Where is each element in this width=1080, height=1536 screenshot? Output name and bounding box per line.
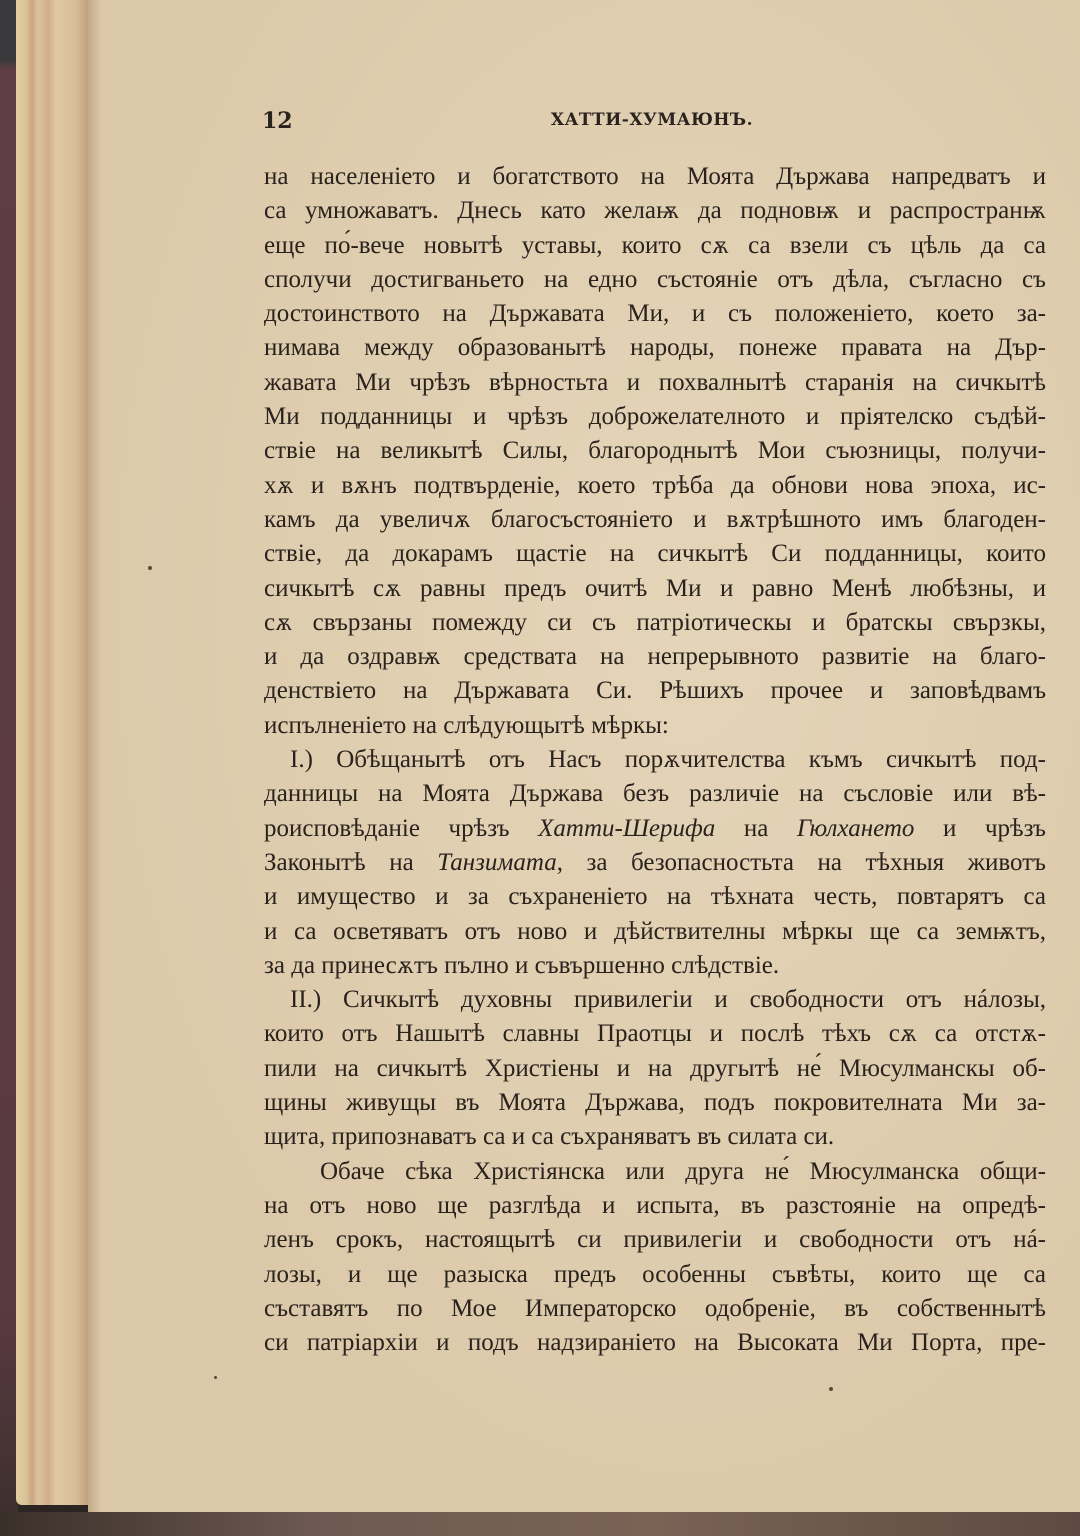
section-II-start: II.) Сичкытѣ духовны привилегіи и свобод… xyxy=(264,983,1046,1017)
text-line: пили на сичкытѣ Христіены и на другытѣ н… xyxy=(264,1052,1046,1086)
text-line: съставятъ по Мое Императорско одобреніе,… xyxy=(264,1292,1046,1326)
paper-spot xyxy=(214,1376,217,1379)
body-text: на населеніето и богатството на Моята Дъ… xyxy=(264,160,1046,1360)
text-line: сполучи достигваньето на едно състояніе … xyxy=(264,263,1046,297)
text-segment: и чрѣзъ xyxy=(914,815,1046,842)
text-line: за да принесѫтъ пълно и съвършенно слѣдс… xyxy=(264,949,1046,983)
italic-term-gulhane: Гюлхането xyxy=(797,815,915,842)
text-line: щины живущы въ Моята Държава, подъ покро… xyxy=(264,1086,1046,1120)
text-line: които отъ Нашытѣ славны Праотцы и послѣ … xyxy=(264,1017,1046,1051)
text-line: сѫ свързаны помежду си съ патріотическы … xyxy=(264,606,1046,640)
text-line: на отъ ново ще разглѣда и испыта, въ раз… xyxy=(264,1189,1046,1223)
text-segment: на xyxy=(715,815,797,842)
running-title: ХАТТИ-ХУМАЮНЪ. xyxy=(262,110,1042,130)
paragraph-start: Обаче сѣка Христіянска или друга не́ Мюс… xyxy=(264,1155,1046,1189)
text-line: данницы на Моята Държава безъ различіе н… xyxy=(264,777,1046,811)
text-line: си патріархіи и подъ надзираніето на Выс… xyxy=(264,1326,1046,1360)
text-line: ствіе на великытѣ Силы, благороднытѣ Мои… xyxy=(264,434,1046,468)
text-segment: роисповѣданіе чрѣзъ xyxy=(264,815,538,842)
text-line: и да оздравѭ средствата на непрерывното … xyxy=(264,640,1046,674)
paper-spot xyxy=(829,1387,833,1391)
section-I-start: I.) Обѣщанытѣ отъ Насъ порѫчителства към… xyxy=(264,743,1046,777)
text-line: денствіето на Държавата Си. Рѣшихъ проче… xyxy=(264,674,1046,708)
text-line-with-italics: роисповѣданіе чрѣзъ Хатти-Шерифа на Гюлх… xyxy=(264,812,1046,846)
text-line: испълненіето на слѣдующытѣ мѣркы: xyxy=(264,709,1046,743)
text-line: и имущество и за съхраненіето на тѣхната… xyxy=(264,880,1046,914)
text-line: сичкытѣ сѫ равны предъ очитѣ Ми и равно … xyxy=(264,572,1046,606)
text-line: щита, припознаватъ са и са съхраняватъ в… xyxy=(264,1120,1046,1154)
page-header: 12 ХАТТИ-ХУМАЮНЪ. xyxy=(262,108,1042,138)
italic-term-hatti-sherif: Хатти-Шерифа xyxy=(538,815,715,842)
italic-term-tanzimat: Танзимата xyxy=(437,849,556,876)
book-scan: 12 ХАТТИ-ХУМАЮНЪ. на населеніето и богат… xyxy=(0,0,1080,1536)
paper-spot xyxy=(148,566,152,570)
text-line: камъ да увеличѫ благосъстояніето и вѫтрѣ… xyxy=(264,503,1046,537)
text-line: еще по́-вече новытѣ уставы, които сѫ са … xyxy=(264,229,1046,263)
text-line: на населеніето и богатството на Моята Дъ… xyxy=(264,160,1046,194)
text-line: Ми подданницы и чрѣзъ доброжелателното и… xyxy=(264,400,1046,434)
text-line: жавата Ми чрѣзъ вѣрностьта и похвалнытѣ … xyxy=(264,366,1046,400)
text-line: ленъ срокъ, настоящытѣ си привилегіи и с… xyxy=(264,1223,1046,1257)
text-segment: , за безопасностьта на тѣхныя животъ xyxy=(557,849,1046,876)
text-line: и са осветяватъ отъ ново и дѣйствителны … xyxy=(264,915,1046,949)
text-segment: Законытѣ на xyxy=(264,849,437,876)
book-bottom-edge xyxy=(0,1512,1080,1536)
text-line: са умножаватъ. Днесь като желаѭ да подно… xyxy=(264,194,1046,228)
text-line: лозы, и ще разыска предъ особенны съвѣты… xyxy=(264,1258,1046,1292)
text-line: хѫ и вѫнъ подтвърденіе, което трѣба да о… xyxy=(264,469,1046,503)
text-line: нимава между образованытѣ народы, понеже… xyxy=(264,331,1046,365)
text-line: ствіе, да докарамъ щастіе на сичкытѣ Си … xyxy=(264,537,1046,571)
text-line: достоинството на Държавата Ми, и съ поло… xyxy=(264,297,1046,331)
text-line-with-italics: Законытѣ на Танзимата, за безопасностьта… xyxy=(264,846,1046,880)
